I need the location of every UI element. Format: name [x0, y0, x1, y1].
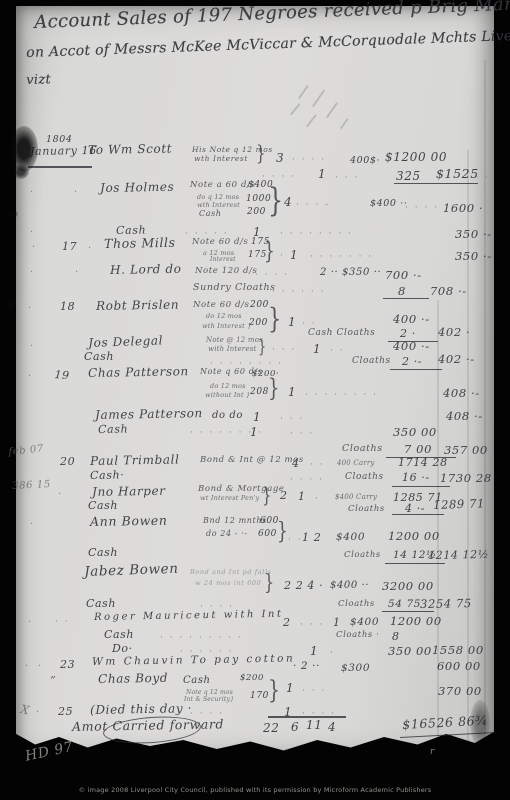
handwriting-fragment: · ·: [476, 174, 490, 182]
handwriting-fragment: Note 120 d/s: [195, 267, 258, 276]
handwriting-fragment: }: [258, 339, 267, 357]
handwriting-fragment: }: [264, 572, 275, 594]
handwriting-fragment: Interest: [210, 257, 236, 263]
ink-line: [312, 90, 325, 107]
handwriting-fragment: Cloaths: [338, 600, 375, 609]
handwriting-fragment: 1714 28: [398, 457, 448, 468]
handwriting-fragment: ·: [30, 520, 35, 530]
handwriting-fragment: James Patterson: [95, 407, 203, 421]
handwriting-fragment: To Wm Scott: [88, 143, 172, 156]
ink-line: [386, 457, 456, 458]
handwriting-fragment: }: [256, 144, 266, 164]
handwriting-fragment: 16 ·-: [402, 472, 430, 483]
copyright-footer: © image 2008 Liverpool City Council, pub…: [0, 786, 510, 794]
handwriting-fragment: Note a 60 d/s: [190, 181, 255, 190]
handwriting-fragment: 2 2 4 ·: [284, 580, 323, 591]
handwriting-fragment: ·: [75, 268, 80, 278]
handwriting-fragment: wth Interest: [194, 155, 248, 163]
handwriting-fragment: ·: [32, 243, 37, 253]
handwriting-fragment: Note 60 d/s: [193, 301, 250, 310]
handwriting-fragment: 6: [291, 721, 299, 733]
handwriting-fragment: do q 12 mos: [197, 194, 239, 201]
handwriting-fragment: 4: [284, 196, 292, 208]
handwriting-fragment: Cloaths: [348, 505, 385, 514]
handwriting-fragment: $400 ··: [330, 581, 369, 591]
handwriting-fragment: ·: [88, 244, 93, 254]
handwriting-fragment: 400 Carry: [337, 460, 375, 467]
handwriting-fragment: Sundry Cloaths: [193, 283, 276, 293]
paper-crease: [467, 150, 469, 750]
handwriting-fragment: Cash·: [90, 469, 124, 481]
handwriting-fragment: · · ·: [290, 430, 314, 439]
handwriting-fragment: Cash: [116, 224, 146, 236]
ink-line: [392, 486, 450, 487]
handwriting-fragment: Thos Mills: [104, 237, 176, 251]
handwriting-fragment: 18: [60, 301, 75, 312]
handwriting-fragment: 325: [396, 170, 421, 182]
handwriting-fragment: 700 ·-: [385, 270, 422, 282]
handwriting-fragment: 8: [392, 631, 400, 642]
ink-line: [290, 103, 300, 115]
handwriting-fragment: Roger Mauriceut with Int: [94, 610, 284, 623]
handwriting-fragment: 200: [249, 319, 268, 328]
handwriting-fragment: 1200 00: [390, 616, 442, 628]
handwriting-fragment: 22: [263, 722, 279, 734]
handwriting-fragment: 408 ·-: [443, 388, 480, 400]
handwriting-fragment: 386 15: [12, 480, 51, 492]
handwriting-fragment: · · · -: [296, 201, 330, 210]
ink-line: [340, 118, 348, 129]
handwriting-fragment: Cash: [84, 351, 114, 362]
handwriting-fragment: 200: [247, 208, 266, 217]
handwriting-fragment: }: [268, 305, 282, 333]
handwriting-fragment: ·: [36, 708, 41, 718]
ink-blotch: [6, 300, 15, 312]
handwriting-fragment: 1: [313, 343, 321, 355]
paper-crease: [484, 60, 486, 750]
handwriting-fragment: wt Interest Pen'y: [200, 495, 259, 502]
handwriting-fragment: 408 ·-: [446, 411, 483, 423]
handwriting-fragment: 1: [318, 168, 326, 180]
handwriting-layer: Account Sales of 197 Negroes received p …: [0, 0, 510, 800]
handwriting-fragment: $200: [240, 674, 264, 683]
handwriting-fragment: 3: [276, 152, 284, 164]
handwriting-fragment: 2 ·· $350 ··: [320, 268, 381, 278]
handwriting-fragment: · · · · · ·: [272, 288, 325, 297]
handwriting-fragment: ·: [74, 188, 79, 198]
handwriting-fragment: 4: [328, 721, 336, 733]
handwriting-fragment: · · ·: [300, 621, 324, 630]
handwriting-fragment: on Accot of Messrs McKee McViccar & McCo…: [26, 28, 510, 60]
handwriting-fragment: Chas Patterson: [88, 365, 189, 379]
handwriting-fragment: 1: [253, 411, 261, 423]
handwriting-fragment: 402 ·: [438, 327, 470, 339]
handwriting-fragment: 402 ·-: [438, 354, 475, 366]
handwriting-fragment: Jno Harper: [92, 485, 166, 498]
handwriting-fragment: Cash: [104, 629, 134, 640]
handwriting-fragment: Cash: [98, 423, 128, 435]
handwriting-fragment: 400$·: [350, 156, 380, 166]
handwriting-fragment: ·: [280, 252, 285, 261]
handwriting-fragment: w 24 mos int 600: [195, 580, 261, 587]
handwriting-fragment: without Int }: [205, 392, 250, 399]
handwriting-fragment: 4 ·-: [405, 503, 425, 514]
microfilm-frame: Account Sales of 197 Negroes received p …: [0, 0, 510, 800]
handwriting-fragment: Jos Delegal: [88, 334, 163, 349]
ink-blotch: [470, 700, 490, 746]
handwriting-fragment: 1: [290, 249, 298, 261]
handwriting-fragment: do 12 mos: [206, 313, 242, 320]
handwriting-fragment: 208: [250, 388, 269, 397]
handwriting-fragment: 170: [250, 692, 269, 701]
handwriting-fragment: 1804: [46, 135, 73, 145]
handwriting-fragment: ·: [330, 649, 335, 658]
handwriting-fragment: 1: [250, 426, 258, 438]
handwriting-fragment: 200: [250, 301, 269, 310]
handwriting-fragment: 1 2: [302, 532, 321, 543]
handwriting-fragment: Do·: [112, 643, 133, 654]
handwriting-fragment: 708 ·-: [430, 286, 467, 298]
handwriting-fragment: ·: [30, 228, 35, 238]
handwriting-fragment: 1289 71: [433, 498, 485, 511]
handwriting-fragment: }: [268, 377, 280, 401]
ink-line: [306, 114, 316, 127]
ink-blotch: [8, 210, 18, 218]
handwriting-fragment: ·: [30, 268, 35, 278]
handwriting-fragment: with Interest: [208, 346, 257, 353]
ink-line: [268, 716, 346, 718]
handwriting-fragment: Cloaths: [344, 551, 381, 560]
handwriting-fragment: 2 ·-: [402, 356, 422, 367]
handwriting-fragment: 370 00: [438, 686, 482, 698]
handwriting-fragment: · · ·: [335, 174, 359, 183]
handwriting-fragment: · · · · · · · ·: [280, 230, 353, 239]
ink-line: [326, 102, 338, 118]
handwriting-fragment: Cloaths: [352, 357, 391, 366]
handwriting-fragment: 350 ·-: [455, 251, 492, 263]
handwriting-fragment: · 2 ··: [293, 661, 320, 672]
handwriting-fragment: Bnd 12 mnths: [203, 517, 267, 525]
handwriting-fragment: · · · ·: [255, 271, 289, 280]
handwriting-fragment: (Died this day ·: [90, 702, 192, 716]
handwriting-fragment: ·: [315, 495, 320, 504]
handwriting-fragment: 20: [60, 456, 75, 467]
handwriting-fragment: ·: [25, 662, 30, 672]
handwriting-fragment: $1525: [436, 168, 479, 181]
ink-blotch: [13, 165, 29, 179]
ink-line: [394, 183, 478, 184]
handwriting-fragment: Chas Boyd: [98, 672, 168, 685]
handwriting-fragment: 1200 00: [388, 531, 440, 543]
handwriting-fragment: · · · ·: [405, 204, 439, 213]
handwriting-fragment: ·: [38, 662, 43, 672]
handwriting-fragment: 350 ·-: [455, 229, 492, 241]
handwriting-fragment: X: [20, 703, 31, 717]
handwriting-fragment: 2 ·: [400, 328, 416, 339]
handwriting-fragment: 2: [280, 490, 288, 501]
handwriting-fragment: 1: [288, 316, 296, 328]
ink-line: [390, 369, 442, 370]
handwriting-fragment: Cash: [86, 598, 116, 609]
handwriting-fragment: 25: [58, 706, 73, 717]
handwriting-fragment: 1: [286, 682, 294, 694]
handwriting-fragment: }: [264, 241, 275, 264]
handwriting-fragment: vizt: [26, 73, 51, 87]
handwriting-fragment: do 24 - ·-: [206, 530, 248, 538]
handwriting-fragment: 1: [333, 617, 341, 628]
handwriting-fragment: Wm Chauvin To pay cotton: [92, 653, 295, 667]
handwriting-fragment: · · ·: [280, 415, 304, 424]
handwriting-fragment: Ann Bowen: [90, 515, 168, 529]
handwriting-fragment: feb 07: [8, 444, 44, 458]
handwriting-fragment: · · ·: [272, 346, 296, 355]
handwriting-fragment: · ·: [310, 461, 325, 470]
handwriting-fragment: }: [262, 486, 272, 506]
handwriting-fragment: ·: [30, 342, 35, 352]
handwriting-fragment: Note @ 12 mos: [206, 337, 263, 344]
handwriting-fragment: · · · · · · · · ·: [160, 634, 243, 643]
handwriting-fragment: 11: [306, 719, 322, 731]
ink-line: [383, 298, 429, 299]
handwriting-fragment: r: [430, 748, 435, 757]
ink-line: [298, 85, 308, 99]
paper-crease: [437, 300, 439, 740]
handwriting-fragment: Cash: [183, 676, 211, 686]
handwriting-fragment: wth Interest: [197, 202, 240, 209]
handwriting-fragment: 400 ·-: [393, 341, 430, 353]
handwriting-fragment: Cloaths: [345, 473, 384, 482]
handwriting-fragment: 350 00: [388, 646, 432, 658]
ink-line: [388, 341, 438, 342]
handwriting-fragment: 1600 ·: [443, 203, 483, 215]
handwriting-fragment: 357 00: [444, 445, 488, 457]
handwriting-fragment: · ·: [330, 347, 345, 356]
handwriting-fragment: · · · · · · ·: [310, 253, 373, 262]
ink-line: [382, 611, 434, 612]
handwriting-fragment: }: [268, 678, 281, 704]
handwriting-fragment: 400 ·-: [393, 314, 430, 326]
handwriting-fragment: ·: [28, 304, 33, 314]
handwriting-fragment: do 12 mos: [210, 383, 246, 390]
handwriting-fragment: wth Interest }: [202, 323, 252, 330]
handwriting-fragment: }: [277, 521, 288, 544]
handwriting-fragment: $400 ··: [370, 199, 407, 209]
handwriting-fragment: 23: [60, 659, 75, 670]
handwriting-fragment: · · · ·: [292, 156, 326, 165]
handwriting-fragment: 3200 00: [382, 581, 434, 593]
handwriting-fragment: ·: [58, 490, 63, 500]
handwriting-fragment: · ·: [55, 618, 70, 627]
handwriting-fragment: · · · ·: [290, 476, 324, 485]
handwriting-fragment: · ·: [288, 536, 303, 545]
handwriting-fragment: 4: [292, 458, 300, 469]
handwriting-fragment: Cash: [199, 210, 222, 218]
handwriting-fragment: ”: [50, 675, 56, 686]
handwriting-fragment: 54 75: [388, 599, 421, 610]
handwriting-fragment: do do: [212, 411, 243, 421]
handwriting-fragment: Cash: [88, 500, 118, 511]
handwriting-fragment: Bond and Int pd falls: [190, 569, 272, 576]
handwriting-fragment: $300: [341, 663, 370, 674]
handwriting-fragment: 600 00: [437, 661, 481, 673]
handwriting-fragment: 600: [258, 530, 277, 539]
handwriting-fragment: Account Sales of 197 Negroes received p …: [34, 0, 510, 32]
handwriting-fragment: $400: [350, 617, 379, 628]
handwriting-fragment: 3254 75: [420, 598, 472, 610]
handwriting-fragment: $1200 00: [385, 151, 447, 163]
handwriting-fragment: Cloaths: [342, 444, 383, 454]
handwriting-fragment: · · · · · · · ·: [305, 391, 378, 400]
handwriting-fragment: 2: [283, 617, 291, 628]
handwriting-fragment: Note 60 d/s: [192, 238, 249, 247]
handwriting-fragment: 1558 00: [432, 645, 484, 657]
handwriting-fragment: Jabez Bowen: [84, 563, 179, 580]
handwriting-fragment: Paul Trimball: [90, 453, 180, 467]
handwriting-fragment: 17: [62, 241, 77, 252]
handwriting-fragment: Jos Holmes: [100, 181, 174, 194]
handwriting-fragment: Cash: [88, 547, 118, 558]
handwriting-fragment: 7 00: [404, 444, 432, 456]
handwriting-fragment: 1: [288, 386, 296, 398]
handwriting-fragment: ·: [28, 372, 33, 382]
handwriting-fragment: 350 00: [393, 427, 437, 439]
handwriting-fragment: $400: [336, 532, 365, 543]
handwriting-fragment: Bond & Int @ 12 mos: [200, 456, 304, 465]
ink-line: [28, 166, 92, 168]
handwriting-fragment: 1: [310, 645, 318, 657]
handwriting-fragment: January 16: [30, 145, 97, 157]
handwriting-fragment: H. Lord do: [110, 263, 182, 276]
handwriting-fragment: 19: [54, 369, 70, 381]
handwriting-fragment: }: [268, 184, 284, 216]
handwriting-fragment: Cash Cloaths: [308, 329, 375, 338]
ink-line: [385, 563, 445, 564]
handwriting-fragment: · · ·: [302, 687, 326, 696]
handwriting-fragment: ·: [30, 188, 35, 198]
handwriting-fragment: $400 Carry: [335, 494, 377, 501]
handwriting-fragment: ·: [28, 618, 33, 628]
handwriting-fragment: HD 97: [24, 740, 75, 764]
handwriting-fragment: 1: [298, 491, 306, 502]
handwriting-fragment: 8: [398, 286, 406, 298]
handwriting-fragment: Robt Brislen: [96, 299, 179, 312]
handwriting-fragment: Cloaths ·: [336, 631, 379, 640]
